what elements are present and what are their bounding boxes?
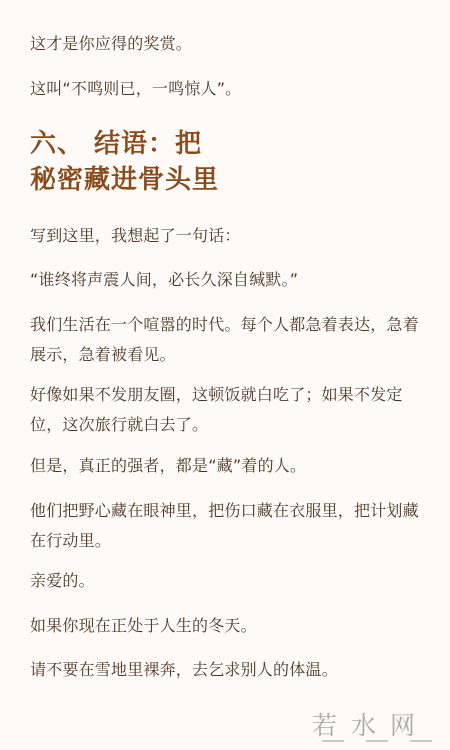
paragraph: 写到这里，我想起了一句话： — [30, 221, 425, 251]
watermark-subtext-mark — [410, 740, 432, 742]
watermark-subtext — [322, 740, 432, 744]
paragraph: 请不要在雪地里裸奔，去乞求别人的体温。 — [30, 655, 425, 685]
watermark-subtext-mark — [366, 740, 388, 742]
watermark-subtext-mark — [322, 740, 344, 742]
paragraph: 好像如果不发朋友圈，这顿饭就白吃了；如果不发定位，这次旅行就白去了。 — [30, 380, 425, 440]
paragraph: 亲爱的。 — [30, 566, 425, 596]
paragraph: 这才是你应得的奖赏。 — [30, 29, 425, 59]
paragraph: 他们把野心藏在眼神里，把伤口藏在衣服里，把计划藏在行动里。 — [30, 496, 425, 556]
paragraph: 如果你现在正处于人生的冬天。 — [30, 611, 425, 641]
paragraph: 这叫“不鸣则已，一鸣惊人”。 — [30, 74, 425, 104]
section-heading-line-2: 秘密藏进骨头里 — [30, 161, 425, 199]
paragraph: 我们生活在一个喧嚣的时代。每个人都急着表达，急着展示，急着被看见。 — [30, 310, 425, 370]
quote-paragraph: “谁终将声震人间，必长久深自缄默。” — [30, 265, 425, 295]
section-heading-line-1: 六、 结语：把 — [30, 125, 425, 163]
paragraph: 但是，真正的强者，都是“藏”着的人。 — [30, 451, 425, 481]
